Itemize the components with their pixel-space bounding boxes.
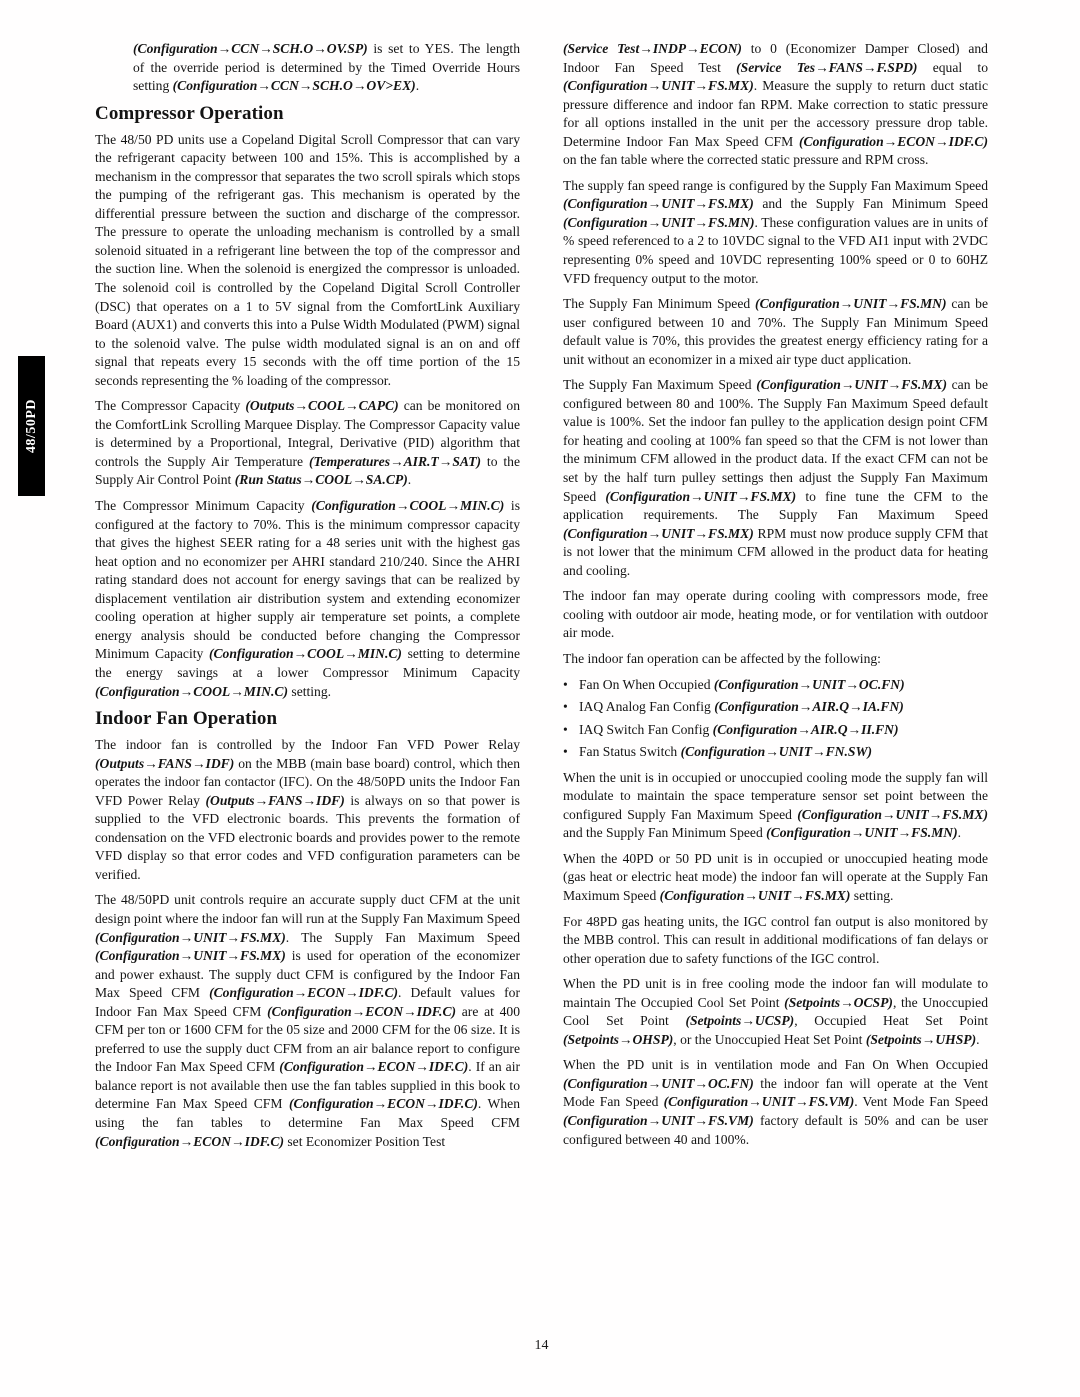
config-path: (Setpoints→OHSP)	[563, 1032, 673, 1047]
config-path: (Configuration→ECON→IDF.C)	[799, 134, 988, 149]
config-path: (Configuration→CCN→SCH.O→OV.SP)	[133, 41, 368, 56]
config-path: (Configuration→UNIT→FS.MX)	[95, 948, 286, 963]
paragraph: The indoor fan operation can be affected…	[563, 650, 988, 669]
config-path: (Configuration→UNIT→OC.FN)	[714, 677, 905, 692]
config-path: (Configuration→ECON→IDF.C)	[267, 1004, 456, 1019]
config-path: (Configuration→UNIT→FS.VM)	[664, 1094, 855, 1109]
paragraph: When the unit is in occupied or unoccupi…	[563, 769, 988, 843]
paragraph: When the PD unit is in free cooling mode…	[563, 975, 988, 1049]
continued-paragraph: (Configuration→CCN→SCH.O→OV.SP) is set t…	[133, 40, 520, 96]
config-path: (Configuration→UNIT→FS.MN)	[563, 215, 754, 230]
config-path: (Configuration→AIR.Q→IA.FN)	[714, 699, 904, 714]
section-heading: Compressor Operation	[95, 103, 520, 125]
config-path: (Configuration→UNIT→FS.MX)	[563, 196, 754, 211]
list-item: •IAQ Analog Fan Config (Configuration→AI…	[563, 698, 988, 717]
page-number: 14	[95, 1338, 988, 1354]
config-path: (Configuration→ECON→IDF.C)	[95, 1134, 284, 1149]
paragraph: The Compressor Capacity (Outputs→COOL→CA…	[95, 397, 520, 490]
config-path: (Run Status→COOL→SA.CP)	[235, 472, 408, 487]
list-item: •Fan Status Switch (Configuration→UNIT→F…	[563, 743, 988, 762]
bullet-icon: •	[563, 721, 579, 740]
right-column: (Service Test→INDP→ECON) to 0 (Economize…	[563, 40, 988, 1158]
config-path: (Outputs→FANS→IDF)	[205, 793, 344, 808]
list-item-text: IAQ Switch Fan Config (Configuration→AIR…	[579, 721, 988, 740]
config-path: (Configuration→UNIT→FS.MN)	[766, 825, 957, 840]
config-path: (Setpoints→UHSP)	[866, 1032, 976, 1047]
config-path: (Configuration→UNIT→FS.MX)	[660, 888, 851, 903]
list-item-text: Fan Status Switch (Configuration→UNIT→FN…	[579, 743, 988, 762]
document-page: 48/50PD (Configuration→CCN→SCH.O→OV.SP) …	[0, 0, 1080, 1397]
config-path: (Configuration→ECON→IDF.C)	[289, 1096, 478, 1111]
config-path: (Temperatures→AIR.T→SAT)	[309, 454, 481, 469]
config-path: (Configuration→ECON→IDF.C)	[279, 1059, 468, 1074]
paragraph: The supply fan speed range is configured…	[563, 177, 988, 288]
paragraph: The Supply Fan Maximum Speed (Configurat…	[563, 376, 988, 580]
left-column: (Configuration→CCN→SCH.O→OV.SP) is set t…	[95, 40, 520, 1158]
config-path: (Configuration→UNIT→FS.MX)	[95, 930, 286, 945]
config-path: (Configuration→UNIT→FS.MX)	[605, 489, 796, 504]
paragraph: The indoor fan is controlled by the Indo…	[95, 736, 520, 884]
paragraph: For 48PD gas heating units, the IGC cont…	[563, 913, 988, 969]
config-path: (Configuration→COOL→MIN.C)	[311, 498, 504, 513]
paragraph: The Compressor Minimum Capacity (Configu…	[95, 497, 520, 701]
config-path: (Configuration→UNIT→FS.MX)	[563, 78, 754, 93]
config-path: (Service Test→INDP→ECON)	[563, 41, 742, 56]
config-path: (Configuration→ECON→IDF.C)	[209, 985, 398, 1000]
config-path: (Configuration→UNIT→OC.FN)	[563, 1076, 754, 1091]
paragraph: The indoor fan may operate during coolin…	[563, 587, 988, 643]
bullet-list: •Fan On When Occupied (Configuration→UNI…	[563, 676, 988, 762]
paragraph: The Supply Fan Minimum Speed (Configurat…	[563, 295, 988, 369]
paragraph: The 48/50PD unit controls require an acc…	[95, 891, 520, 1151]
section-heading: Indoor Fan Operation	[95, 708, 520, 730]
bullet-icon: •	[563, 743, 579, 762]
list-item: •IAQ Switch Fan Config (Configuration→AI…	[563, 721, 988, 740]
config-path: (Outputs→COOL→CAPC)	[245, 398, 398, 413]
side-tab: 48/50PD	[18, 356, 45, 496]
side-tab-label: 48/50PD	[24, 399, 40, 453]
config-path: (Configuration→COOL→MIN.C)	[95, 684, 288, 699]
list-item-text: Fan On When Occupied (Configuration→UNIT…	[579, 676, 988, 695]
list-item: •Fan On When Occupied (Configuration→UNI…	[563, 676, 988, 695]
paragraph: (Service Test→INDP→ECON) to 0 (Economize…	[563, 40, 988, 170]
config-path: (Configuration→UNIT→FS.MX)	[563, 526, 754, 541]
config-path: (Configuration→UNIT→FS.VM)	[563, 1113, 754, 1128]
config-path: (Configuration→UNIT→FS.MX)	[756, 377, 947, 392]
config-path: (Configuration→UNIT→FS.MX)	[797, 807, 988, 822]
paragraph: The 48/50 PD units use a Copeland Digita…	[95, 131, 520, 391]
config-path: (Configuration→AIR.Q→II.FN)	[713, 722, 899, 737]
config-path: (Configuration→UNIT→FN.SW)	[681, 744, 872, 759]
bullet-icon: •	[563, 676, 579, 695]
config-path: (Setpoints→UCSP)	[685, 1013, 794, 1028]
list-item-text: IAQ Analog Fan Config (Configuration→AIR…	[579, 698, 988, 717]
config-path: (Configuration→CCN→SCH.O→OV>EX)	[173, 78, 416, 93]
config-path: (Setpoints→OCSP)	[784, 995, 893, 1010]
text-columns: (Configuration→CCN→SCH.O→OV.SP) is set t…	[95, 40, 988, 1158]
config-path: (Configuration→COOL→MIN.C)	[209, 646, 402, 661]
paragraph: When the PD unit is in ventilation mode …	[563, 1056, 988, 1149]
bullet-icon: •	[563, 698, 579, 717]
config-path: (Service Tes→FANS→F.SPD)	[736, 60, 917, 75]
paragraph: When the 40PD or 50 PD unit is in occupi…	[563, 850, 988, 906]
config-path: (Configuration→UNIT→FS.MN)	[755, 296, 946, 311]
config-path: (Outputs→FANS→IDF)	[95, 756, 234, 771]
